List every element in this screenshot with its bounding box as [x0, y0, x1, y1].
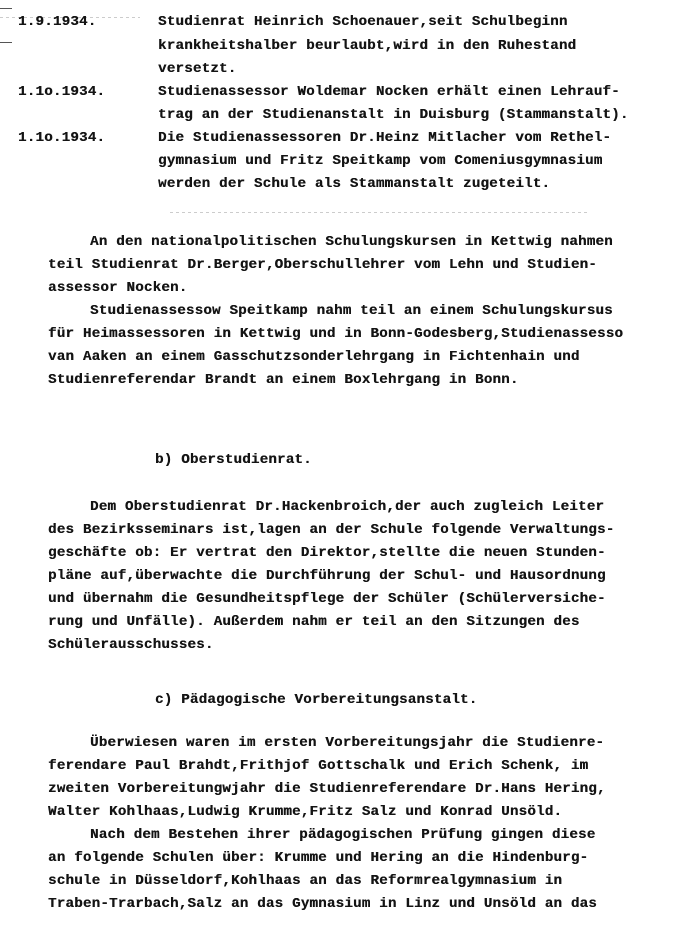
- paragraph-line: für Heimassessoren in Kettwig und in Bon…: [48, 326, 623, 342]
- paragraph-line: Nach dem Bestehen ihrer pädagogischen Pr…: [90, 827, 595, 843]
- paragraph-line: Studienassessow Speitkamp nahm teil an e…: [90, 303, 613, 319]
- entry-date: 1.1o.1934.: [18, 130, 105, 146]
- paragraph-line: van Aaken an einem Gasschutzsonderlehrga…: [48, 349, 580, 365]
- margin-mark: [0, 8, 12, 9]
- entry-line: trag an der Studienanstalt in Duisburg (…: [158, 107, 629, 123]
- section-heading: b) Oberstudienrat.: [155, 452, 312, 468]
- paragraph-line: Überwiesen waren im ersten Vorbereitungs…: [90, 735, 604, 751]
- document-page: 1.9.1934. Studienrat Heinrich Schoenauer…: [0, 0, 700, 942]
- paragraph-line: Traben-Trarbach,Salz an das Gymnasium in…: [48, 896, 597, 912]
- paragraph-line: zweiten Vorbereitungwjahr die Studienref…: [48, 781, 606, 797]
- margin-mark: [0, 42, 12, 43]
- paragraph-line: rung und Unfälle). Außerdem nahm er teil…: [48, 614, 580, 630]
- entry-date: 1.9.1934.: [18, 14, 96, 30]
- paragraph-line: assessor Nocken.: [48, 280, 187, 296]
- paragraph-line: Dem Oberstudienrat Dr.Hackenbroich,der a…: [90, 499, 604, 515]
- paragraph-line: Schülerausschusses.: [48, 637, 214, 653]
- paragraph-line: des Bezirksseminars ist,lagen an der Sch…: [48, 522, 614, 538]
- entry-line: gymnasium und Fritz Speitkamp vom Comeni…: [158, 153, 602, 169]
- paragraph-line: ferendare Paul Brahdt,Frithjof Gottschal…: [48, 758, 588, 774]
- section-heading: c) Pädagogische Vorbereitungsanstalt.: [155, 692, 477, 708]
- entry-date: 1.1o.1934.: [18, 84, 105, 100]
- entry-line: werden der Schule als Stammanstalt zuget…: [158, 176, 550, 192]
- entry-line: versetzt.: [158, 61, 236, 77]
- paragraph-line: geschäfte ob: Er vertrat den Direktor,st…: [48, 545, 606, 561]
- paragraph-line: und übernahm die Gesundheitspflege der S…: [48, 591, 606, 607]
- entry-line: krankheitshalber beurlaubt,wird in den R…: [158, 38, 576, 54]
- paragraph-line: Walter Kohlhaas,Ludwig Krumme,Fritz Salz…: [48, 804, 562, 820]
- paragraph-line: pläne auf,überwachte die Durchführung de…: [48, 568, 606, 584]
- paragraph-line: schule in Düsseldorf,Kohlhaas an das Ref…: [48, 873, 562, 889]
- paragraph-line: An den nationalpolitischen Schulungskurs…: [90, 234, 613, 250]
- paragraph-line: an folgende Schulen über: Krumme und Her…: [48, 850, 588, 866]
- entry-line: Die Studienassessoren Dr.Heinz Mitlacher…: [158, 130, 611, 146]
- paragraph-line: Studienreferendar Brandt an einem Boxleh…: [48, 372, 519, 388]
- entry-line: Studienassessor Woldemar Nocken erhält e…: [158, 84, 620, 100]
- faint-rule: [170, 212, 590, 213]
- paragraph-line: teil Studienrat Dr.Berger,Oberschullehre…: [48, 257, 597, 273]
- entry-line: Studienrat Heinrich Schoenauer,seit Schu…: [158, 14, 568, 30]
